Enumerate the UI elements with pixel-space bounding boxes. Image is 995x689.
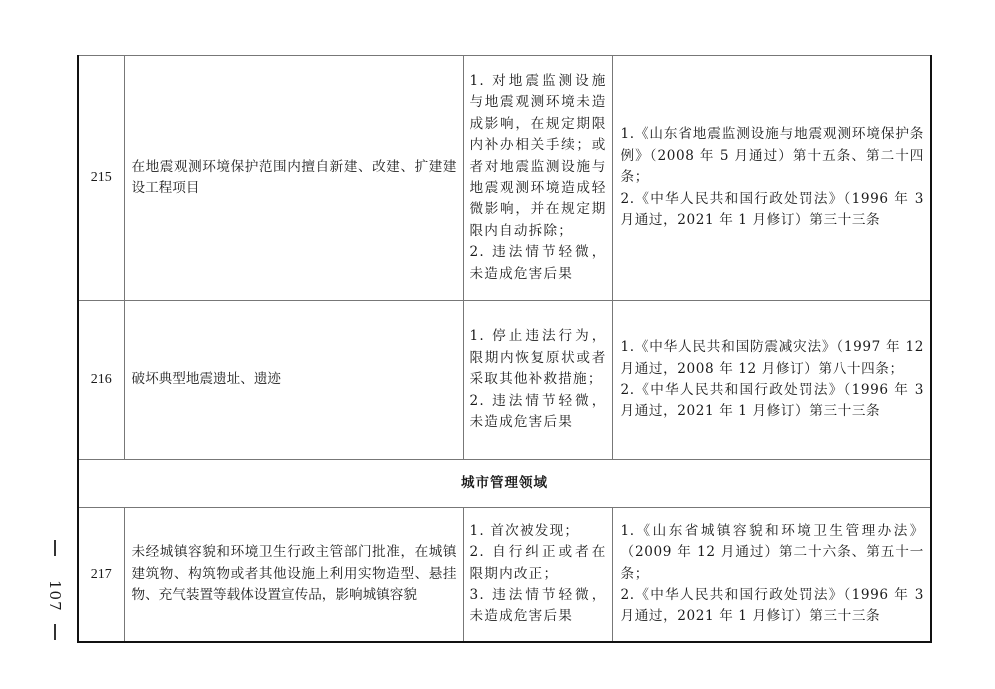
condition-item: 1. 对地震监测设施与地震观测环境未造成影响，在规定期限内补办相关手续；或者对地…: [470, 71, 607, 242]
condition-item: 1. 停止违法行为，限期内恢复原状或者采取其他补救措施；: [470, 326, 607, 390]
page-number-dash-bottom: [54, 624, 56, 640]
condition-item: 3. 违法情节轻微，未造成危害后果: [470, 585, 607, 628]
exemption-conditions: 1. 停止违法行为，限期内恢复原状或者采取其他补救措施； 2. 违法情节轻微，未…: [463, 301, 612, 460]
exemption-conditions: 1. 首次被发现； 2. 自行纠正或者在限期内改正； 3. 违法情节轻微，未造成…: [463, 508, 612, 642]
page-number-dash-top: [54, 540, 56, 556]
exemption-conditions: 1. 对地震监测设施与地震观测环境未造成影响，在规定期限内补办相关手续；或者对地…: [463, 56, 612, 301]
basis-item: 2.《中华人民共和国行政处罚法》（1996 年 3 月通过，2021 年 1 月…: [621, 585, 925, 628]
row-number: 216: [78, 301, 124, 460]
basis-item: 1.《山东省地震监测设施与地震观测环境保护条例》（2008 年 5 月通过）第十…: [621, 124, 925, 188]
table-row: 215 在地震观测环境保护范围内擅自新建、改建、扩建建设工程项目 1. 对地震监…: [78, 56, 931, 301]
table-row: 216 破坏典型地震遗址、遗迹 1. 停止违法行为，限期内恢复原状或者采取其他补…: [78, 301, 931, 460]
condition-item: 2. 自行纠正或者在限期内改正；: [470, 542, 607, 585]
legal-basis: 1.《中华人民共和国防震减灾法》（1997 年 12 月通过，2008 年 12…: [612, 301, 931, 460]
basis-item: 1.《山东省城镇容貌和环境卫生管理办法》（2009 年 12 月通过）第二十六条…: [621, 521, 925, 585]
section-title: 城市管理领域: [78, 460, 931, 508]
violation-description: 在地震观测环境保护范围内擅自新建、改建、扩建建设工程项目: [124, 56, 463, 301]
row-number: 215: [78, 56, 124, 301]
page-number-text: 107: [42, 580, 68, 606]
basis-item: 2.《中华人民共和国行政处罚法》（1996 年 3 月通过，2021 年 1 月…: [621, 189, 925, 232]
section-header-row: 城市管理领域: [78, 460, 931, 508]
violation-description: 破坏典型地震遗址、遗迹: [124, 301, 463, 460]
penalty-exemption-table: 215 在地震观测环境保护范围内擅自新建、改建、扩建建设工程项目 1. 对地震监…: [77, 55, 932, 643]
legal-basis: 1.《山东省城镇容貌和环境卫生管理办法》（2009 年 12 月通过）第二十六条…: [612, 508, 931, 642]
basis-item: 1.《中华人民共和国防震减灾法》（1997 年 12 月通过，2008 年 12…: [621, 337, 925, 380]
basis-item: 2.《中华人民共和国行政处罚法》（1996 年 3 月通过，2021 年 1 月…: [621, 380, 925, 423]
page-number: 107: [40, 540, 70, 640]
table-row: 217 未经城镇容貌和环境卫生行政主管部门批准，在城镇建筑物、构筑物或者其他设施…: [78, 508, 931, 642]
legal-basis: 1.《山东省地震监测设施与地震观测环境保护条例》（2008 年 5 月通过）第十…: [612, 56, 931, 301]
violation-description: 未经城镇容貌和环境卫生行政主管部门批准，在城镇建筑物、构筑物或者其他设施上利用实…: [124, 508, 463, 642]
row-number: 217: [78, 508, 124, 642]
condition-item: 2. 违法情节轻微，未造成危害后果: [470, 242, 607, 285]
condition-item: 2. 违法情节轻微，未造成危害后果: [470, 391, 607, 434]
condition-item: 1. 首次被发现；: [470, 521, 607, 542]
